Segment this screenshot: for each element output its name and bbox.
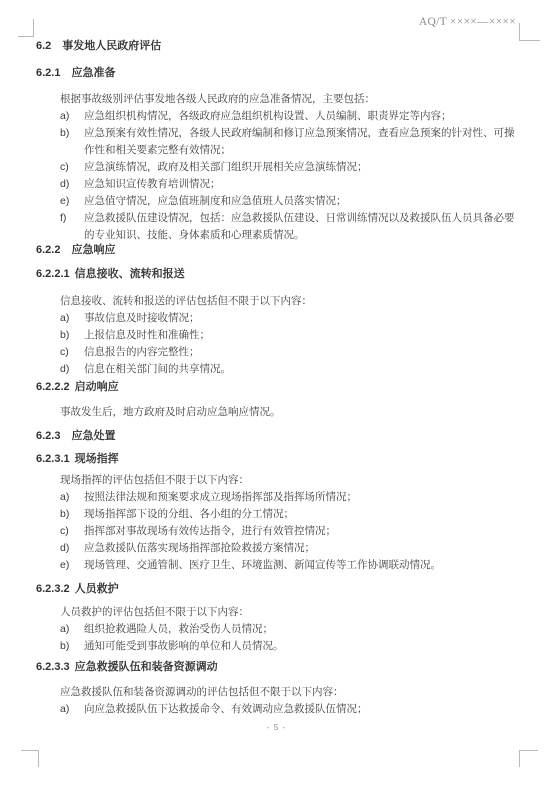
list-item: a)向应急救援队伍下达救援命令、有效调动应急救援队伍情况； — [60, 701, 520, 718]
section-number: 6.2.2 — [36, 244, 60, 256]
list-item: b)应急预案有效性情况，各级人民政府编制和修订应急预案情况，查看应急预案的针对性… — [60, 125, 520, 159]
crop-mark-bottom-left-icon — [21, 750, 39, 767]
list-item: c)应急演练情况，政府及相关部门组织开展相关应急演练情况； — [60, 159, 520, 176]
list-item-marker: a) — [60, 701, 69, 718]
list-item: f)应急救援队伍建设情况，包括：应急救援队伍建设、日常训练情况以及救援队伍人员具… — [60, 210, 520, 244]
paragraph: 事故发生后，地方政府及时启动应急响应情况。 — [60, 404, 520, 421]
list-item: d)信息在相关部门间的共享情况。 — [60, 361, 520, 378]
list-item-marker: e) — [60, 193, 69, 210]
section-number: 6.2 — [36, 40, 51, 52]
list-item: e)现场管理、交通管制、医疗卫生、环境监测、新闻宣传等工作协调联动情况。 — [60, 557, 520, 574]
list-item-text: 信息报告的内容完整性； — [84, 346, 200, 358]
document-content: 6.2事发地人民政府评估 6.2.1应急准备 根据事故级别评估事发地各级人民政府… — [36, 40, 520, 718]
list-item: d)应急救援队伍落实现场指挥部抢险救援方案情况； — [60, 540, 520, 557]
list-item-text: 按照法律法规和预案要求成立现场指挥部及指挥场所情况； — [84, 491, 357, 503]
list-item-marker: c) — [60, 159, 69, 176]
list-item-marker: d) — [60, 176, 69, 193]
section-number: 6.2.3 — [36, 430, 60, 442]
list-item-text: 应急演练情况，政府及相关部门组织开展相关应急演练情况； — [84, 161, 368, 173]
list-item-marker: d) — [60, 540, 69, 557]
list-item: b)上报信息及时性和准确性； — [60, 327, 520, 344]
list-item-text: 现场指挥部下设的分组、各小组的分工情况； — [84, 508, 294, 520]
clause-heading: 6.2.3.3应急救援队伍和装备资源调动 — [36, 661, 520, 673]
list-item-text: 应急组织机构情况，各级政府应急组织机构设置、人员编制、职责界定等内容； — [84, 110, 452, 122]
list-item-marker: b) — [60, 327, 69, 344]
list-item: b)现场指挥部下设的分组、各小组的分工情况； — [60, 506, 520, 523]
list-item-marker: b) — [60, 638, 69, 655]
section-heading: 6.2事发地人民政府评估 — [36, 40, 520, 52]
list-item-text: 上报信息及时性和准确性； — [84, 329, 210, 341]
list-item-text: 事故信息及时接收情况； — [84, 312, 200, 324]
crop-mark-top-left-icon — [18, 19, 34, 37]
list-item-marker: c) — [60, 344, 69, 361]
list-item: c)指挥部对事故现场有效传达指令，进行有效管控情况； — [60, 523, 520, 540]
section-number: 6.2.3.1 — [36, 453, 70, 465]
list-item-marker: b) — [60, 506, 69, 523]
list-item-marker: c) — [60, 523, 69, 540]
section-number: 6.2.3.3 — [36, 661, 70, 673]
clause-heading: 6.2.3.2人员救护 — [36, 583, 520, 595]
list-item: b)通知可能受到事故影响的单位和人员情况。 — [60, 638, 520, 655]
subsection-heading: 6.2.3应急处置 — [36, 430, 520, 442]
clause-heading: 6.2.3.1现场指挥 — [36, 453, 520, 465]
page-number: - 5 - — [0, 723, 553, 732]
list-item-text: 信息在相关部门间的共享情况。 — [84, 363, 231, 375]
section-title: 应急处置 — [71, 430, 115, 442]
list-item-text: 应急救援队伍建设情况，包括：应急救援队伍建设、日常训练情况以及救援队伍人员具备必… — [84, 212, 515, 241]
section-number: 6.2.1 — [36, 67, 60, 79]
list-item-marker: e) — [60, 557, 69, 574]
list-item-marker: b) — [60, 125, 69, 142]
section-title: 人员救护 — [75, 583, 119, 595]
crop-mark-top-right-icon — [519, 23, 540, 41]
list-item-text: 向应急救援队伍下达救援命令、有效调动应急救援队伍情况； — [84, 703, 368, 715]
clause-heading: 6.2.2.2启动响应 — [36, 381, 520, 393]
list-item: a)事故信息及时接收情况； — [60, 310, 520, 327]
section-number: 6.2.3.2 — [36, 583, 70, 595]
subsection-heading: 6.2.1应急准备 — [36, 67, 520, 79]
list-item-marker: f) — [60, 210, 66, 227]
paragraph: 信息接收、流转和报送的评估包括但不限于以下内容： — [60, 293, 520, 310]
section-title: 信息接收、流转和报送 — [75, 268, 185, 280]
clause-heading: 6.2.2.1信息接收、流转和报送 — [36, 268, 520, 280]
list-item-marker: d) — [60, 361, 69, 378]
list-item: d)应急知识宣传教育培训情况； — [60, 176, 520, 193]
section-title: 现场指挥 — [75, 453, 119, 465]
subsection-heading: 6.2.2应急响应 — [36, 244, 520, 256]
section-number: 6.2.2.1 — [36, 268, 70, 280]
paragraph: 根据事故级别评估事发地各级人民政府的应急准备情况，主要包括： — [60, 91, 520, 108]
list-item-marker: a) — [60, 621, 69, 638]
section-number: 6.2.2.2 — [36, 381, 70, 393]
list-item: a)按照法律法规和预案要求成立现场指挥部及指挥场所情况； — [60, 489, 520, 506]
list-item-marker: a) — [60, 310, 69, 327]
paragraph: 现场指挥的评估包括但不限于以下内容： — [60, 472, 520, 489]
section-title: 应急准备 — [71, 67, 115, 79]
section-title: 事发地人民政府评估 — [62, 40, 161, 52]
list-item-text: 组织抢救遇险人员，救治受伤人员情况； — [84, 623, 273, 635]
section-title: 应急救援队伍和装备资源调动 — [75, 661, 218, 673]
document-standard-code: AQ/T ××××—×××× — [419, 16, 516, 28]
list-item-text: 应急知识宣传教育培训情况； — [84, 178, 221, 190]
list-item-text: 应急值守情况，应急值班制度和应急值班人员落实情况； — [84, 195, 347, 207]
list-item: c)信息报告的内容完整性； — [60, 344, 520, 361]
paragraph: 人员救护的评估包括但不限于以下内容： — [60, 604, 520, 621]
section-title: 应急响应 — [71, 244, 115, 256]
list-item-marker: a) — [60, 108, 69, 125]
list-item-text: 指挥部对事故现场有效传达指令，进行有效管控情况； — [84, 525, 336, 537]
list-item: a)应急组织机构情况，各级政府应急组织机构设置、人员编制、职责界定等内容； — [60, 108, 520, 125]
paragraph: 应急救援队伍和装备资源调动的评估包括但不限于以下内容： — [60, 684, 520, 701]
list-item-text: 应急救援队伍落实现场指挥部抢险救援方案情况； — [84, 542, 315, 554]
section-title: 启动响应 — [75, 381, 119, 393]
list-item: a)组织抢救遇险人员，救治受伤人员情况； — [60, 621, 520, 638]
list-item-marker: a) — [60, 489, 69, 506]
list-item: e)应急值守情况，应急值班制度和应急值班人员落实情况； — [60, 193, 520, 210]
crop-mark-bottom-right-icon — [519, 750, 538, 767]
list-item-text: 通知可能受到事故影响的单位和人员情况。 — [84, 640, 284, 652]
list-item-text: 现场管理、交通管制、医疗卫生、环境监测、新闻宣传等工作协调联动情况。 — [84, 559, 441, 571]
list-item-text: 应急预案有效性情况，各级人民政府编制和修订应急预案情况，查看应急预案的针对性、可… — [84, 127, 515, 156]
